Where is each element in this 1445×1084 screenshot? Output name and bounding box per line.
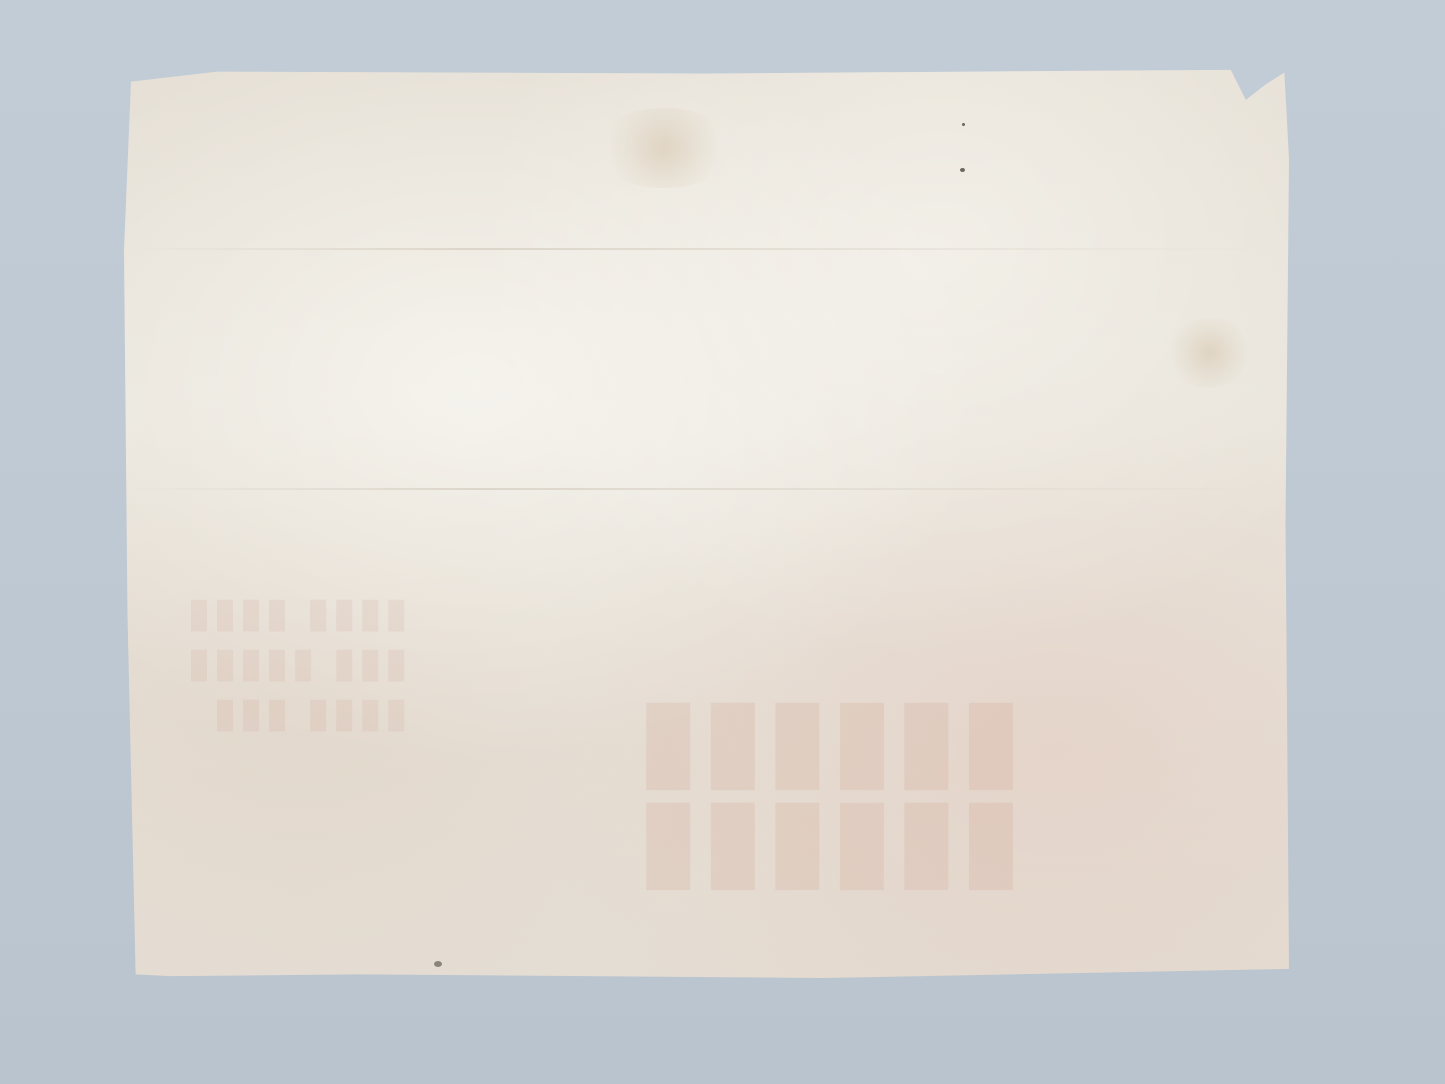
- bleed-through-text-block: ▮▮▮▮▮▮: [634, 788, 1021, 888]
- ink-speck: [960, 168, 965, 172]
- ink-speck: [962, 123, 965, 126]
- bleed-through-text-block: ▮▮▮▮ ▮▮▮▮▮▮▮ ▮▮▮▮▮▮▮▮▮ ▮▮▮: [184, 588, 407, 738]
- paper-stain: [594, 108, 734, 188]
- bleed-through-text-block: ▮▮▮▮▮▮: [634, 688, 1021, 788]
- paper-crease: [124, 488, 1289, 490]
- paper-stain: [1164, 318, 1254, 388]
- paper-crease: [124, 248, 1289, 250]
- paper-sheet: ▮▮▮▮▮▮ ▮▮▮▮▮▮ ▮▮▮▮ ▮▮▮▮▮▮▮ ▮▮▮▮▮▮▮▮▮ ▮▮▮: [124, 68, 1289, 978]
- staple-mark: [434, 961, 442, 967]
